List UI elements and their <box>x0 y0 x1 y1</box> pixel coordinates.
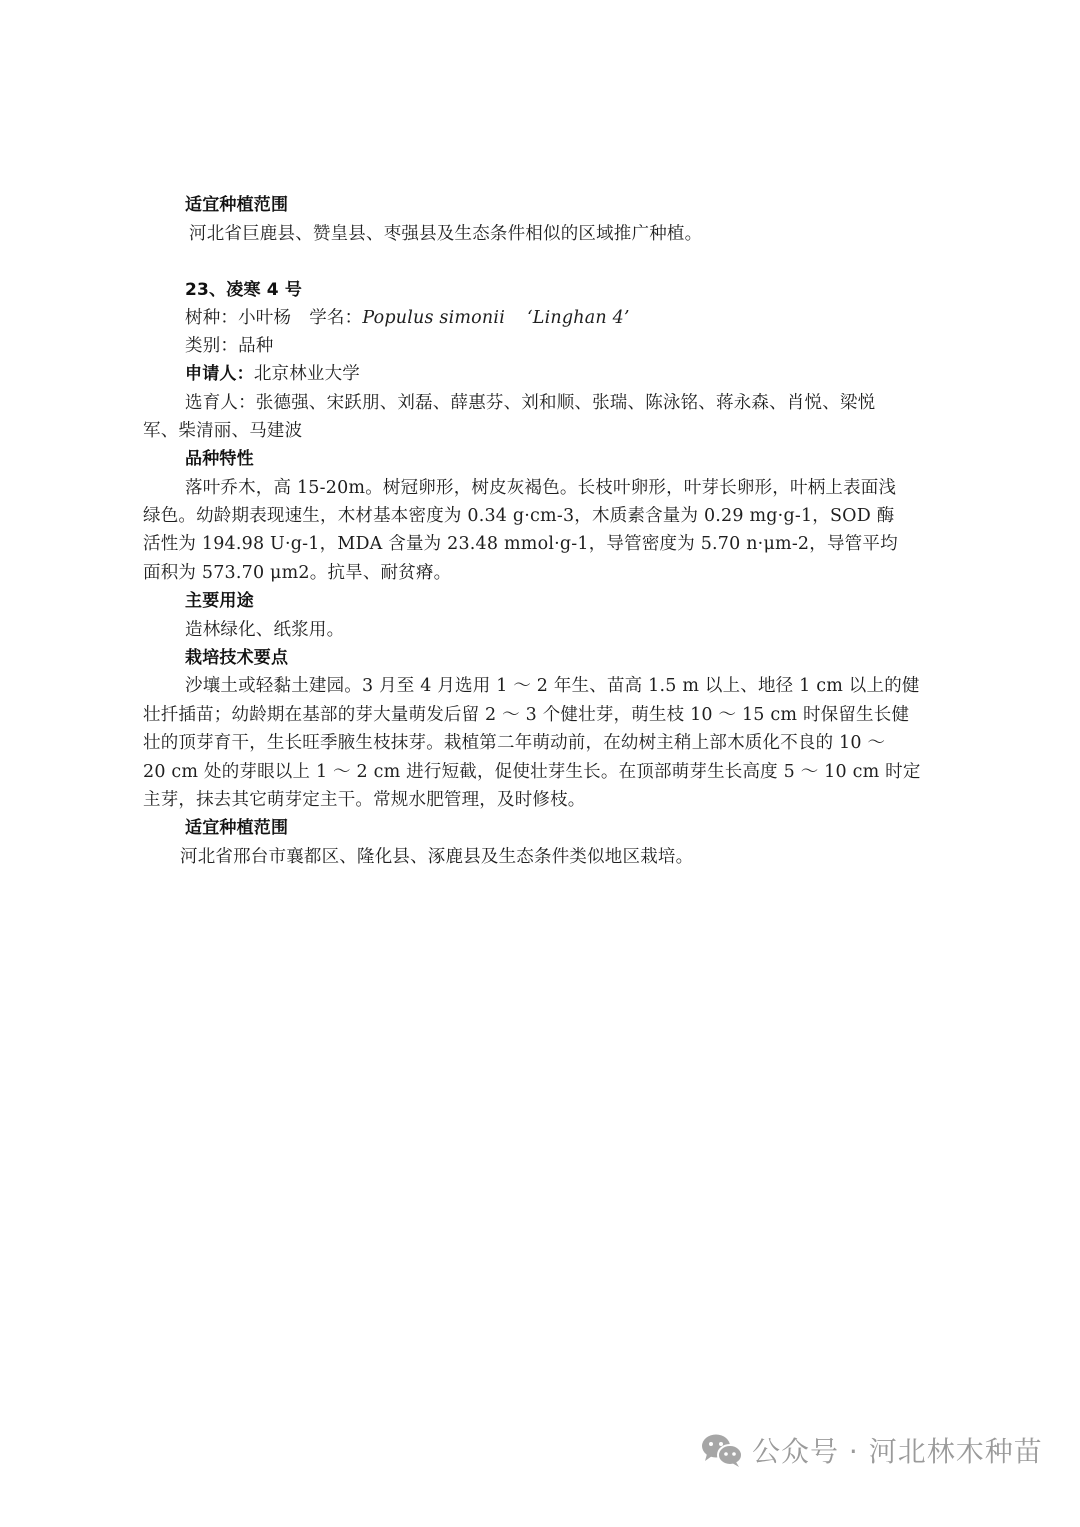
wechat-watermark: 公众号 · 河北林木种苗 <box>700 1428 1043 1472</box>
traits-line: 落叶乔木，高 15-20m。树冠卵形，树皮灰褐色。长枝叶卵形，叶芽长卵形，叶柄上… <box>185 474 896 502</box>
species-value: 小叶杨 <box>238 308 291 328</box>
traits-line: 活性为 194.98 U·g-1，MDA 含量为 23.48 mmol·g-1，… <box>143 530 898 558</box>
species-label: 树种： <box>185 308 238 328</box>
entry-title: 23、凌寒 4 号 <box>185 276 302 304</box>
cultivation-line: 壮扦插苗；幼龄期在基部的芽大量萌发后留 2 ～ 3 个健壮芽，萌生枝 10 ～ … <box>143 701 909 729</box>
sci-name: Populus simonii <box>362 308 505 328</box>
cultivation-line: 沙壤土或轻黏土建园。3 月至 4 月选用 1 ～ 2 年生、苗高 1.5 m 以… <box>185 672 920 700</box>
category-line: 类别：品种 <box>185 332 274 360</box>
prev-range-heading: 适宜种植范围 <box>185 191 288 219</box>
wechat-icon <box>700 1432 744 1468</box>
range-heading: 适宜种植范围 <box>185 814 288 842</box>
traits-line: 面积为 573.70 μm2。抗旱、耐贫瘠。 <box>143 559 451 587</box>
prev-range-text: 河北省巨鹿县、赞皇县、枣强县及生态条件相似的区域推广种植。 <box>189 220 702 248</box>
applicant-line: 申请人：北京林业大学 <box>185 360 360 388</box>
breeders-line-1: 选育人：张德强、宋跃朋、刘磊、薛惠芬、刘和顺、张瑞、陈泳铭、蒋永森、肖悦、梁悦 <box>185 389 927 417</box>
watermark-text: 公众号 · 河北林木种苗 <box>752 1430 1043 1470</box>
cultivation-line: 主芽，抹去其它萌芽定主干。常规水肥管理，及时修枝。 <box>143 786 586 814</box>
traits-heading: 品种特性 <box>185 445 254 473</box>
species-line: 树种：小叶杨学名：Populus simonii‘Linghan 4’ <box>185 304 630 332</box>
cultivation-line: 20 cm 处的芽眼以上 1 ～ 2 cm 进行短截，促使壮芽生长。在顶部萌芽生… <box>143 758 921 786</box>
range-text: 河北省邢台市襄都区、隆化县、涿鹿县及生态条件类似地区栽培。 <box>180 843 693 871</box>
applicant-value: 北京林业大学 <box>254 364 360 384</box>
traits-line: 绿色。幼龄期表现速生，木材基本密度为 0.34 g·cm-3，木质素含量为 0.… <box>143 502 894 530</box>
breeders-line-2: 军、柴清丽、马建波 <box>143 417 302 445</box>
sci-label: 学名： <box>309 308 362 328</box>
use-text: 造林绿化、纸浆用。 <box>185 616 344 644</box>
cultivar-name: ‘Linghan 4’ <box>527 308 630 328</box>
cultivation-heading: 栽培技术要点 <box>185 644 288 672</box>
use-heading: 主要用途 <box>185 587 254 615</box>
document-page: 适宜种植范围 河北省巨鹿县、赞皇县、枣强县及生态条件相似的区域推广种植。 23、… <box>0 0 1080 1527</box>
cultivation-line: 壮的顶芽育干，生长旺季腋生枝抹芽。栽植第二年萌动前，在幼树主稍上部木质化不良的 … <box>143 729 885 757</box>
applicant-label: 申请人： <box>185 364 254 384</box>
